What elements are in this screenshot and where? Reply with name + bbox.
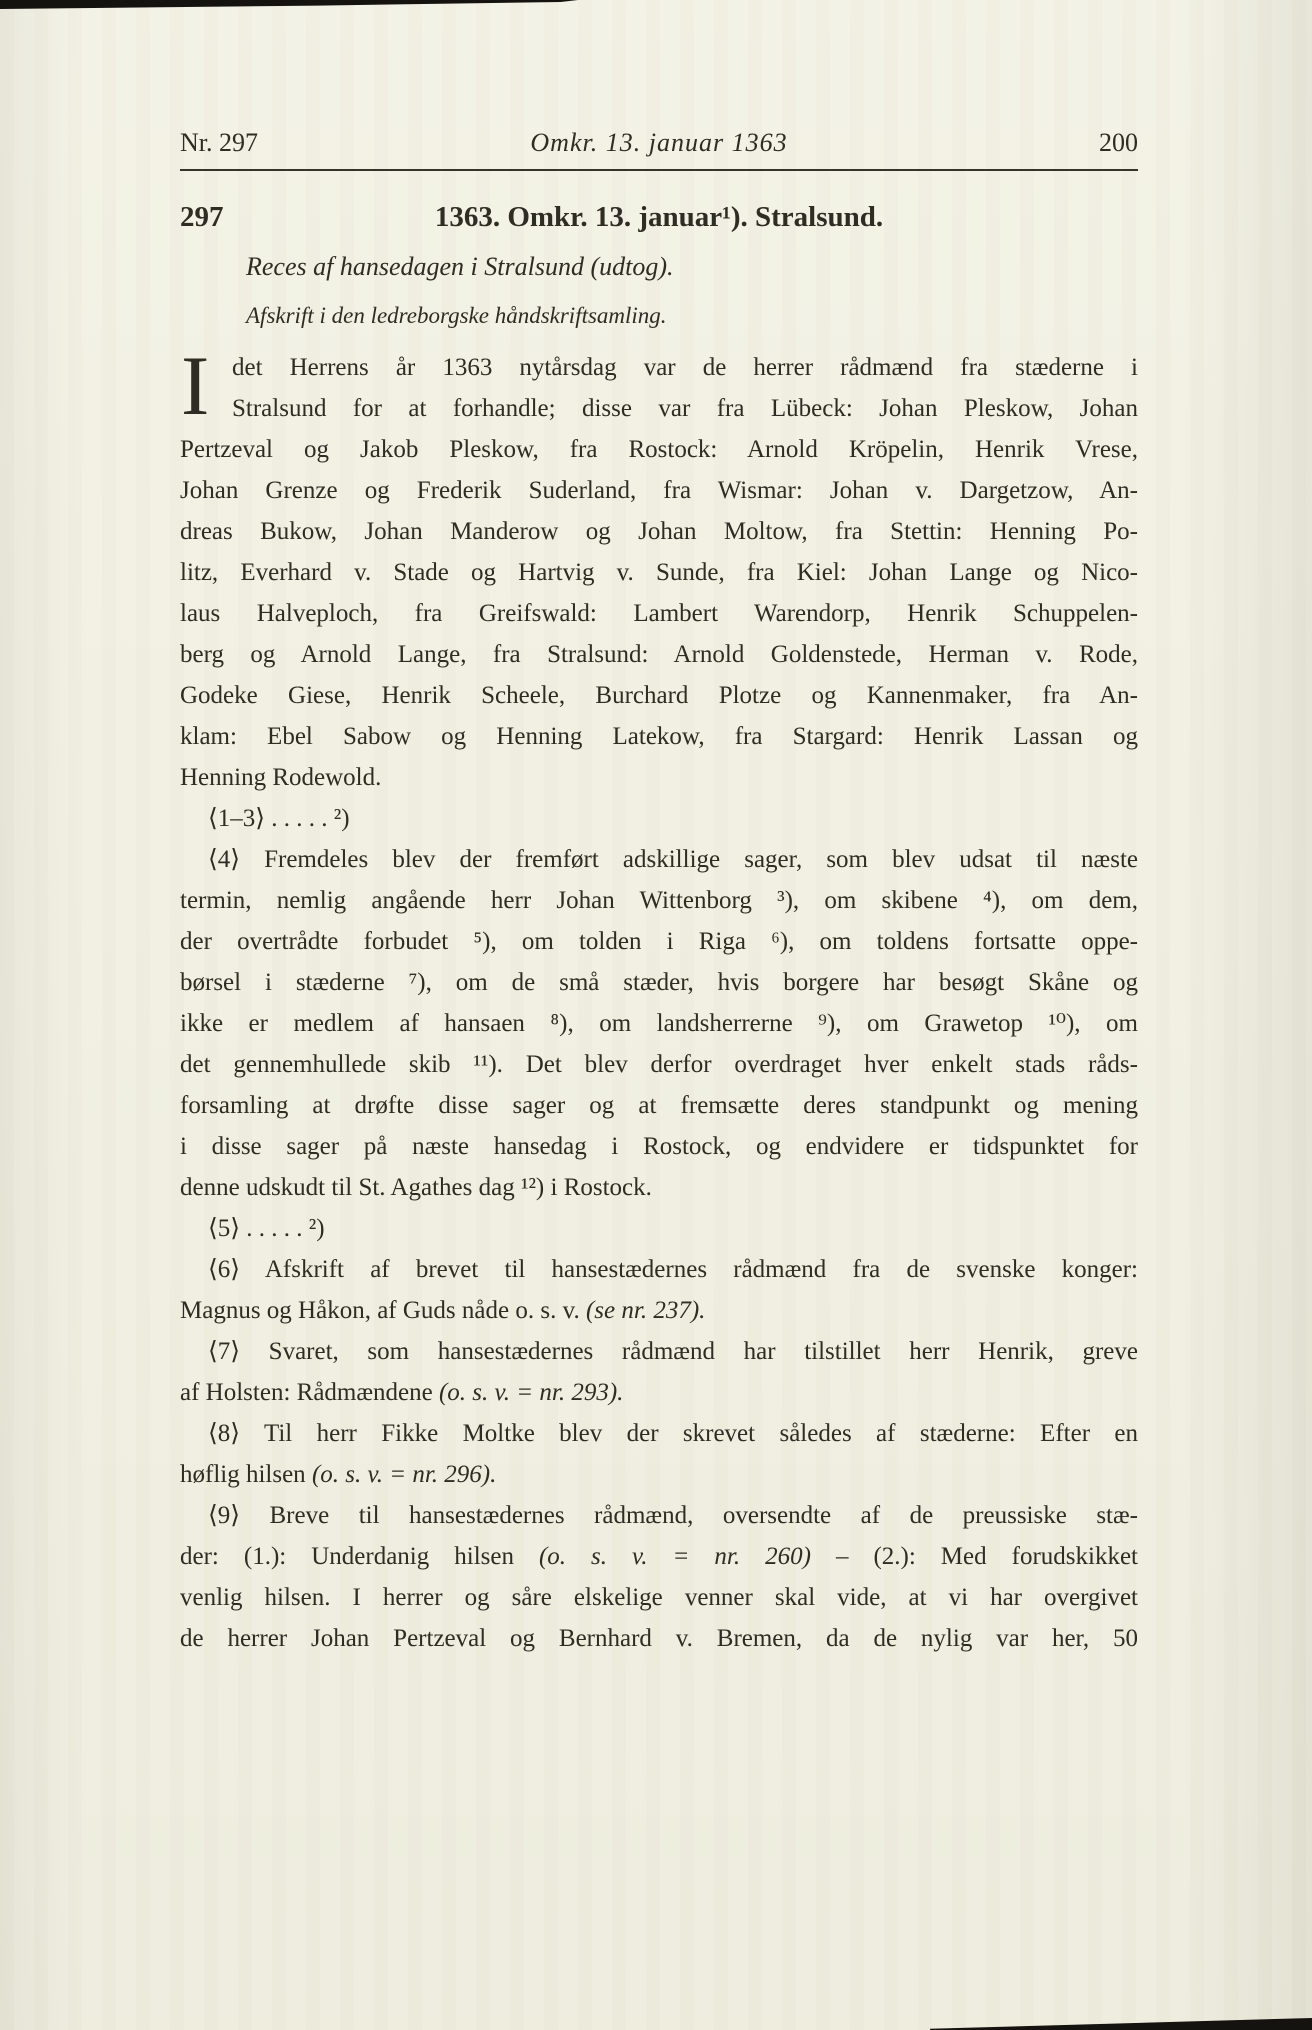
text-line: der: (1.): Underdanig hilsen (o. s. v. =… bbox=[180, 1536, 1138, 1577]
text-line: Johan Grenze og Frederik Suderland, fra … bbox=[180, 470, 1138, 511]
text-segment: der: (1.): Underdanig hilsen bbox=[180, 1543, 539, 1570]
text-line: ⟨4⟩ Fremdeles blev der fremført adskilli… bbox=[180, 839, 1138, 880]
text-line-omission: ⟨1–3⟩ . . . . . ²) bbox=[180, 798, 1138, 839]
text-line: Henning Rodewold. bbox=[180, 757, 1138, 798]
drop-cap: I bbox=[181, 346, 209, 426]
document-subtitle: Reces af hansedagen i Stralsund (udtog). bbox=[246, 250, 674, 284]
text-segment-italic: (o. s. v. = nr. 293). bbox=[439, 1379, 623, 1406]
text-segment-italic: (se nr. 237). bbox=[586, 1297, 705, 1324]
scan-edge-bottom bbox=[930, 2018, 1312, 2030]
text-segment: – (2.): Med forudskikket bbox=[811, 1543, 1138, 1570]
document-heading: 297 1363. Omkr. 13. januar¹). Stralsund. bbox=[180, 199, 1138, 235]
text-line: børsel i stæderne ⁷), om de små stæder, … bbox=[180, 962, 1138, 1003]
header-rule bbox=[180, 169, 1138, 171]
text-line: der overtrådte forbudet ⁵), om tolden i … bbox=[180, 921, 1138, 962]
body-text: I det Herrens år 1363 nytårsdag var de h… bbox=[180, 347, 1138, 1659]
text-line: forsamling at drøfte disse sager og at f… bbox=[180, 1085, 1138, 1126]
text-line: berg og Arnold Lange, fra Stralsund: Arn… bbox=[180, 634, 1138, 675]
text-line: venlig hilsen. I herrer og såre elskelig… bbox=[180, 1577, 1138, 1618]
document-number: 297 bbox=[180, 199, 224, 235]
text-line: klam: Ebel Sabow og Henning Latekow, fra… bbox=[180, 716, 1138, 757]
page-number: 200 bbox=[899, 127, 1139, 159]
document-title: 1363. Omkr. 13. januar¹). Stralsund. bbox=[180, 199, 1138, 235]
text-segment: af Holsten: Rådmændene bbox=[180, 1379, 439, 1406]
text-segment: Magnus og Håkon, af Guds nåde o. s. v. bbox=[180, 1297, 586, 1324]
text-line: det gennemhullede skib ¹¹). Det blev der… bbox=[180, 1044, 1138, 1085]
text-line: ⟨9⟩ Breve til hansestædernes rådmænd, ov… bbox=[180, 1495, 1138, 1536]
text-line: de herrer Johan Pertzeval og Bernhard v.… bbox=[180, 1618, 1138, 1659]
text-line: Pertzeval og Jakob Pleskow, fra Rostock:… bbox=[180, 429, 1138, 470]
text-line: Godeke Giese, Henrik Scheele, Burchard P… bbox=[180, 675, 1138, 716]
scanned-page: Nr. 297 Omkr. 13. januar 1363 200 297 13… bbox=[0, 0, 1312, 2030]
text-line-omission: ⟨5⟩ . . . . . ²) bbox=[180, 1208, 1138, 1249]
text-line: ⟨6⟩ Afskrift af brevet til hansestæderne… bbox=[180, 1249, 1138, 1290]
text-line: høflig hilsen (o. s. v. = nr. 296). bbox=[180, 1454, 1138, 1495]
text-line: ⟨7⟩ Svaret, som hansestædernes rådmænd h… bbox=[180, 1331, 1138, 1372]
running-header: Nr. 297 Omkr. 13. januar 1363 200 bbox=[180, 127, 1138, 159]
text-line: det Herrens år 1363 nytårsdag var de her… bbox=[180, 347, 1138, 388]
text-line: ⟨8⟩ Til herr Fikke Moltke blev der skrev… bbox=[180, 1413, 1138, 1454]
text-line: af Holsten: Rådmændene (o. s. v. = nr. 2… bbox=[180, 1372, 1138, 1413]
text-segment-italic: (o. s. v. = nr. 260) bbox=[539, 1543, 811, 1570]
text-line: termin, nemlig angående herr Johan Witte… bbox=[180, 880, 1138, 921]
text-segment-italic: (o. s. v. = nr. 296). bbox=[312, 1461, 496, 1488]
text-line: denne udskudt til St. Agathes dag ¹²) i … bbox=[180, 1167, 1138, 1208]
text-line: i disse sager på næste hansedag i Rostoc… bbox=[180, 1126, 1138, 1167]
text-line: laus Halveploch, fra Greifswald: Lambert… bbox=[180, 593, 1138, 634]
header-document-number: Nr. 297 bbox=[180, 127, 420, 159]
text-line: ikke er medlem af hansaen ⁸), om landshe… bbox=[180, 1003, 1138, 1044]
text-segment: høflig hilsen bbox=[180, 1461, 312, 1488]
header-date: Omkr. 13. januar 1363 bbox=[420, 127, 899, 159]
scan-edge-top bbox=[0, 0, 578, 9]
source-note: Afskrift i den ledreborgske håndskriftsa… bbox=[246, 301, 667, 331]
text-line: Stralsund for at forhandle; disse var fr… bbox=[180, 388, 1138, 429]
text-line: litz, Everhard v. Stade og Hartvig v. Su… bbox=[180, 552, 1138, 593]
text-line: Magnus og Håkon, af Guds nåde o. s. v. (… bbox=[180, 1290, 1138, 1331]
text-line: dreas Bukow, Johan Manderow og Johan Mol… bbox=[180, 511, 1138, 552]
